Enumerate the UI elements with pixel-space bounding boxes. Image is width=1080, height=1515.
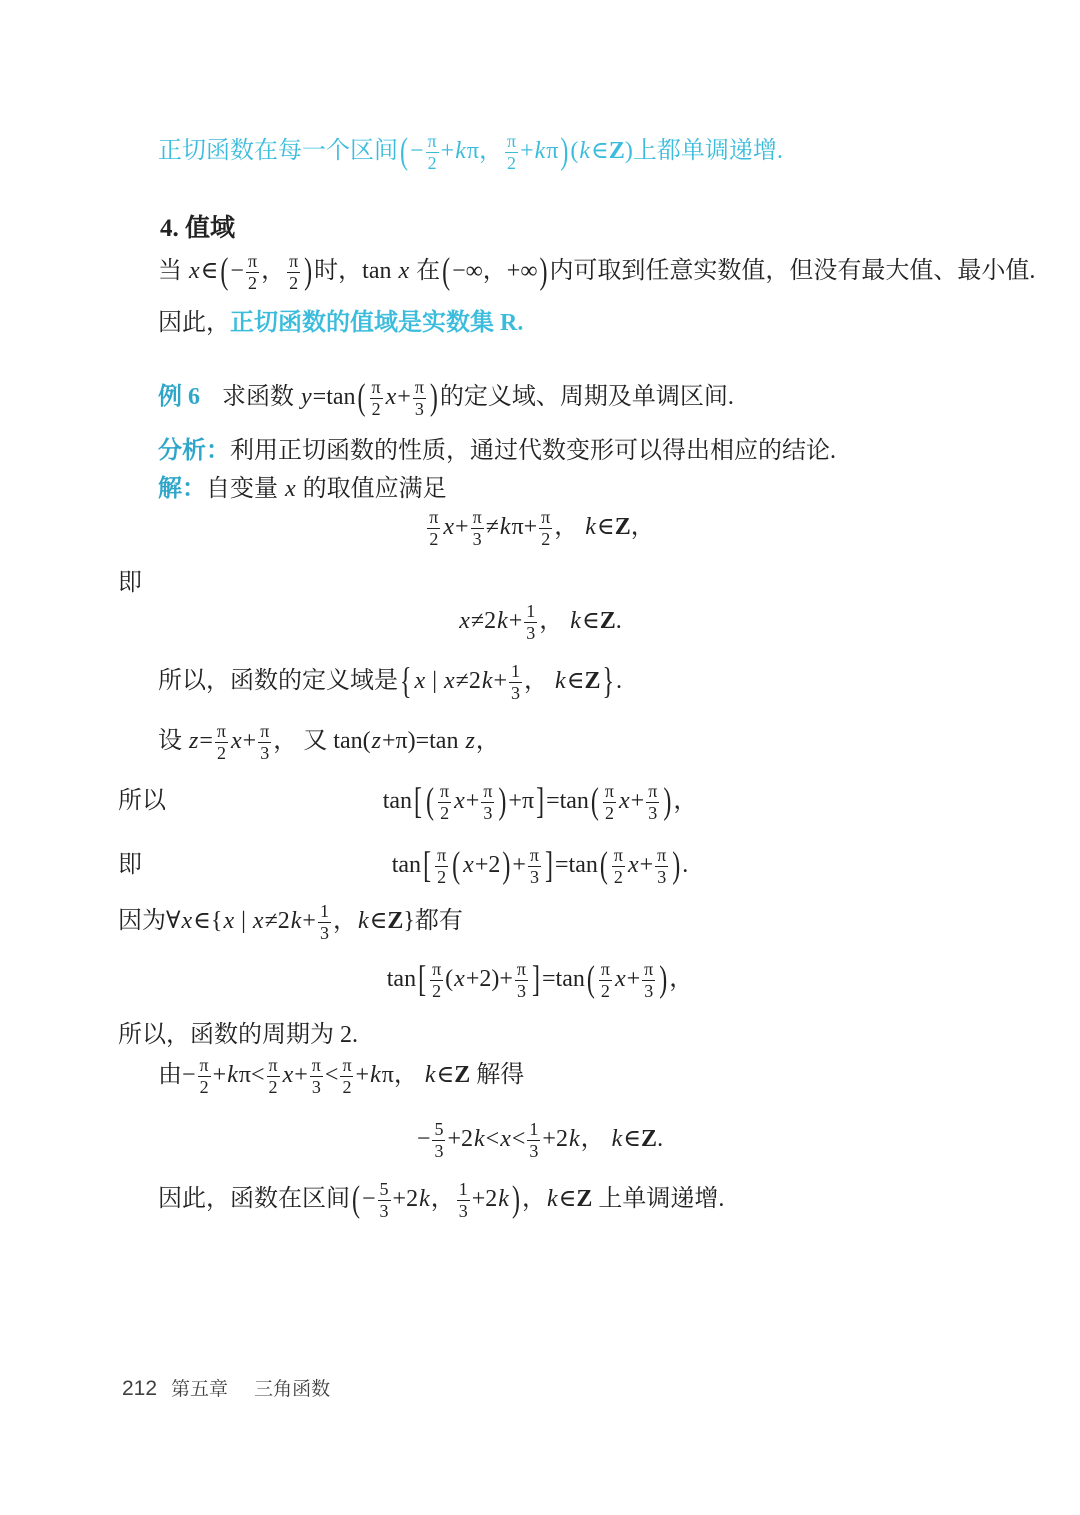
math-token: ，: [669, 966, 693, 992]
example6-statement-line: 例 6求函数 y=tan(π2x+π3)的定义域、周期及单调区间.: [158, 368, 734, 427]
equation-tan-identity-3: tan[π2(x+2)+π3]=tan(π2x+π3)，: [118, 950, 962, 1009]
math-token: k: [578, 138, 591, 164]
textbook-page: 正切函数在每一个区间(−π2+kπ，π2+kπ)(k∈Z)上都单调递增. 4. …: [0, 0, 1080, 1515]
math-token: ): [672, 822, 680, 912]
math-token: }: [602, 638, 614, 728]
math-token: ): [539, 228, 547, 318]
math-token: x: [230, 728, 243, 754]
math-token: π: [546, 138, 558, 164]
math-token: 求函数: [222, 384, 300, 410]
math-token: k: [584, 514, 597, 540]
math-token: ，: [261, 258, 285, 284]
fraction: π2: [287, 251, 300, 294]
math-token: +π)=tan: [382, 728, 465, 754]
math-token: +2)+: [466, 966, 513, 992]
fraction: π3: [515, 959, 528, 1002]
fraction: π3: [310, 1055, 323, 1098]
fraction: π3: [528, 845, 541, 888]
math-token: k: [424, 1062, 437, 1088]
fraction: π2: [438, 781, 451, 824]
math-token: ，: [581, 1126, 611, 1152]
math-token: 因此，函数在区间: [158, 1186, 350, 1212]
math-token: k: [499, 514, 512, 540]
math-token: 设: [158, 728, 188, 754]
math-token: tan: [392, 852, 421, 878]
substitution-line: 设 z=π2x+π3， 又 tan(z+π)=tan z，: [158, 712, 500, 770]
fraction: 13: [524, 601, 537, 644]
math-token: ，: [539, 608, 569, 634]
math-token: ，: [554, 514, 584, 540]
page-number: 212: [122, 1377, 157, 1400]
analysis-label: 分析：: [158, 438, 230, 464]
fraction: 13: [509, 661, 522, 704]
fraction: 13: [527, 1119, 540, 1162]
fraction: 13: [318, 901, 331, 944]
math-token: x: [414, 668, 427, 694]
math-token: k: [369, 1062, 382, 1088]
math-token: k: [454, 138, 467, 164]
math-token: =tan: [546, 788, 589, 814]
math-token: 的定义域、周期及单调区间.: [440, 384, 734, 410]
math-token: ): [659, 936, 667, 1026]
math-token: +2: [475, 852, 501, 878]
final-conclusion-line: 因此，函数在区间(−53+2k，13+2k)，k∈Z 上单调递增.: [158, 1170, 724, 1229]
math-token: (: [587, 936, 595, 1026]
math-token: −: [410, 138, 424, 164]
math-token: ，: [673, 788, 697, 814]
math-token: ，: [524, 668, 554, 694]
math-token: +2: [472, 1186, 498, 1212]
fraction: 53: [432, 1119, 445, 1162]
math-token: (: [591, 758, 599, 848]
math-token: Z: [387, 908, 403, 934]
math-token: x: [442, 514, 455, 540]
math-token: x: [188, 258, 201, 284]
math-token: +: [631, 788, 645, 814]
row-so-identity: 所以 tan[(π2x+π3)+π]=tan(π2x+π3)，: [118, 772, 962, 831]
math-token: k: [611, 1126, 624, 1152]
math-token: Z: [609, 138, 625, 164]
word-then-2: 即: [118, 850, 142, 880]
math-token: <: [325, 1062, 339, 1088]
math-token: (: [358, 354, 366, 444]
conclusion-highlight: 正切函数的值域是实数集 R.: [230, 310, 523, 336]
math-token: 时，tan: [314, 258, 397, 284]
math-token: k: [554, 668, 567, 694]
math-token: +: [512, 852, 526, 878]
fraction: 13: [457, 1179, 470, 1222]
math-token: +: [302, 908, 316, 934]
page-footer: 212第五章三角函数: [122, 1376, 330, 1403]
math-token: .: [682, 852, 688, 878]
math-token: 在: [410, 258, 440, 284]
fraction: π3: [258, 721, 271, 764]
math-token: tan: [383, 788, 412, 814]
math-token: x: [385, 384, 398, 410]
math-token: Z: [600, 608, 616, 634]
math-token: x: [397, 258, 410, 284]
math-token: +: [441, 138, 455, 164]
math-token: x: [499, 1126, 512, 1152]
math-token: k: [473, 1126, 486, 1152]
math-token: k: [481, 668, 494, 694]
math-token: |: [235, 908, 252, 934]
conclusion-prefix: 因此，: [158, 310, 230, 336]
math-token: =: [199, 728, 213, 754]
math-token: +: [397, 384, 411, 410]
fraction: π2: [599, 959, 612, 1002]
fraction: 53: [378, 1179, 391, 1222]
math-token: Z: [576, 1186, 592, 1212]
page-content: 正切函数在每一个区间(−π2+kπ，π2+kπ)(k∈Z)上都单调递增. 4. …: [118, 0, 962, 1515]
inequality-setup-line: 由−π2+kπ<π2x+π3<π2+kπ， k∈Z 解得: [158, 1046, 524, 1104]
math-token: +: [243, 728, 257, 754]
math-token: +: [466, 788, 480, 814]
fraction: π2: [427, 507, 440, 550]
math-token: )上都单调递增.: [625, 138, 783, 164]
math-token: <: [486, 1126, 500, 1152]
math-token: y: [300, 384, 313, 410]
math-token: π，: [467, 138, 503, 164]
fraction: π2: [267, 1055, 280, 1098]
math-token: (: [352, 1156, 360, 1246]
math-token: ∈: [437, 1062, 455, 1088]
example6-statement: 求函数 y=tan(π2x+π3)的定义域、周期及单调区间.: [222, 384, 734, 410]
fraction: π2: [426, 131, 439, 174]
math-token: k: [496, 608, 509, 634]
math-token: −: [362, 1186, 376, 1212]
math-token: 由−: [158, 1062, 196, 1088]
math-token: Z: [454, 1062, 470, 1088]
math-token: =tan: [555, 852, 598, 878]
math-token: k: [569, 608, 582, 634]
equation-solution-interval: −53+2k<x<13+2k， k∈Z.: [118, 1110, 962, 1168]
fraction: π3: [655, 845, 668, 888]
analysis-text: 利用正切函数的性质，通过代数变形可以得出相应的结论.: [230, 438, 836, 464]
math-token: k: [568, 1126, 581, 1152]
math-token: ∈: [623, 1126, 641, 1152]
analysis-line: 分析：利用正切函数的性质，通过代数变形可以得出相应的结论.: [158, 434, 836, 468]
math-token: [: [418, 936, 426, 1026]
math-token: ，: [631, 514, 655, 540]
math-token: |: [426, 668, 443, 694]
math-token: x: [462, 852, 475, 878]
math-token: ，: [476, 728, 500, 754]
math-token: tan: [387, 966, 416, 992]
math-token: ， 又 tan(: [273, 728, 370, 754]
math-token: x: [614, 966, 627, 992]
math-token: k: [534, 138, 547, 164]
math-token: x: [627, 852, 640, 878]
math-token: 所以，函数的定义域是: [158, 668, 398, 694]
math-token: Z: [641, 1126, 657, 1152]
math-token: π<: [239, 1062, 265, 1088]
math-token: z: [464, 728, 475, 754]
math-token: ∈: [591, 138, 609, 164]
math-token: (: [400, 108, 408, 198]
math-token: +: [627, 966, 641, 992]
math-token: 解得: [470, 1062, 524, 1088]
math-token: ]: [536, 758, 544, 848]
math-token: k: [357, 908, 370, 934]
fraction: π2: [539, 507, 552, 550]
math-token: k: [418, 1186, 431, 1212]
math-token: }都有: [403, 908, 463, 934]
math-token: x: [458, 608, 471, 634]
fraction: π3: [481, 781, 494, 824]
example6-label: 例 6: [158, 384, 200, 410]
fraction: π3: [646, 781, 659, 824]
math-token: x: [443, 668, 456, 694]
math-token: ≠: [486, 514, 499, 540]
math-token: 当: [158, 258, 188, 284]
math-token: ，: [431, 1186, 455, 1212]
math-token: 因为∀: [118, 908, 180, 934]
math-token: 正切函数在每一个区间: [158, 138, 398, 164]
monotonic-increase-statement: 正切函数在每一个区间(−π2+kπ，π2+kπ)(k∈Z)上都单调递增.: [158, 122, 783, 181]
math-token: ≠2: [265, 908, 290, 934]
math-token: +: [455, 514, 469, 540]
math-token: +2: [542, 1126, 568, 1152]
equation-tan-identity-2: tan[π2(x+2)+π3]=tan(π2x+π3).: [118, 836, 962, 895]
math-token: (: [600, 822, 608, 912]
fraction: π2: [246, 251, 259, 294]
domain-line: 所以，函数的定义域是{x | x≠2k+13， k∈Z}.: [158, 652, 622, 711]
math-token: z: [371, 728, 382, 754]
fraction: π2: [435, 845, 448, 888]
math-token: (: [442, 228, 450, 318]
math-token: k: [290, 908, 303, 934]
math-token: ∈: [370, 908, 388, 934]
math-token: +: [356, 1062, 370, 1088]
math-token: π+: [512, 514, 538, 540]
math-token: x: [222, 908, 235, 934]
equation-tan-identity-1: tan[(π2x+π3)+π]=tan(π2x+π3)，: [118, 772, 962, 831]
fraction: π2: [430, 959, 443, 1002]
fraction: π2: [198, 1055, 211, 1098]
math-token: x: [282, 1062, 295, 1088]
because-line: 因为∀x∈{x | x≠2k+13，k∈Z}都有: [118, 892, 463, 950]
math-token: +2: [447, 1126, 473, 1152]
math-token: R: [500, 310, 517, 336]
math-token: =tan: [313, 384, 356, 410]
range-description-line: 当 x∈(−π2，π2)时，tan x 在(−∞，+∞)内可取到任意实数值，但没…: [158, 242, 1035, 301]
math-token: ∈{: [193, 908, 222, 934]
fraction: π3: [642, 959, 655, 1002]
math-token: ，: [522, 1186, 546, 1212]
math-token: k: [226, 1062, 239, 1088]
fraction: π2: [603, 781, 616, 824]
math-token: Z: [615, 514, 631, 540]
math-token: ): [304, 228, 312, 318]
math-token: 上单调递增.: [592, 1186, 724, 1212]
range-conclusion-line: 因此，正切函数的值域是实数集 R.: [158, 306, 523, 340]
math-token: ≠2: [456, 668, 481, 694]
math-token: +2: [393, 1186, 419, 1212]
math-token: (: [220, 228, 228, 318]
word-so: 所以: [118, 786, 166, 816]
math-token: −∞，+∞: [452, 258, 537, 284]
math-token: k: [497, 1186, 510, 1212]
math-token: ∈: [582, 608, 600, 634]
math-token: k: [546, 1186, 559, 1212]
footer-chapter-title: 三角函数: [254, 1379, 330, 1400]
math-token: ∈: [597, 514, 615, 540]
math-token: =tan: [542, 966, 585, 992]
math-token: ): [430, 354, 438, 444]
row-then-identity: 即 tan[π2(x+2)+π3]=tan(π2x+π3).: [118, 836, 962, 895]
math-token: −: [417, 1126, 431, 1152]
math-token: 正切函数的值域是实数集: [230, 310, 500, 336]
math-token: +: [640, 852, 654, 878]
math-token: +: [520, 138, 534, 164]
fraction: π3: [413, 377, 426, 420]
math-token: x: [453, 788, 466, 814]
math-token: −: [230, 258, 244, 284]
fraction: π2: [370, 377, 383, 420]
fraction: π2: [612, 845, 625, 888]
math-token: ∈: [559, 1186, 577, 1212]
math-token: ]: [532, 936, 540, 1026]
math-token: +π: [508, 788, 534, 814]
math-token: ): [512, 1156, 520, 1246]
fraction: π2: [340, 1055, 353, 1098]
math-token: .: [616, 608, 622, 634]
math-token: ): [560, 108, 568, 198]
math-token: ≠2: [471, 608, 496, 634]
math-token: .: [616, 668, 622, 694]
math-token: ∈: [201, 258, 219, 284]
math-token: x: [453, 966, 466, 992]
math-token: +: [294, 1062, 308, 1088]
math-token: x: [252, 908, 265, 934]
math-token: ): [663, 758, 671, 848]
math-token: ，: [333, 908, 357, 934]
math-token: .: [657, 1126, 663, 1152]
math-token: x: [180, 908, 193, 934]
math-token: <: [512, 1126, 526, 1152]
footer-chapter: 第五章: [171, 1379, 228, 1400]
math-token: [: [414, 758, 422, 848]
math-token: +: [213, 1062, 227, 1088]
math-token: z: [188, 728, 199, 754]
fraction: π2: [505, 131, 518, 174]
math-token: x: [618, 788, 631, 814]
equation-constraint: π2x+π3≠kπ+π2， k∈Z，: [118, 498, 962, 556]
fraction: π2: [215, 721, 228, 764]
math-token: ]: [545, 822, 553, 912]
math-token: π，: [382, 1062, 424, 1088]
math-token: 内可取到任意实数值，但没有最大值、最小值.: [549, 258, 1035, 284]
math-token: (: [445, 966, 453, 992]
math-token: .: [517, 310, 523, 336]
math-token: ∈: [567, 668, 585, 694]
math-token: +: [509, 608, 523, 634]
fraction: π3: [471, 507, 484, 550]
math-token: ): [502, 822, 510, 912]
math-token: Z: [584, 668, 600, 694]
math-token: +: [493, 668, 507, 694]
equation-x-excluded: x≠2k+13， k∈Z.: [118, 592, 962, 650]
